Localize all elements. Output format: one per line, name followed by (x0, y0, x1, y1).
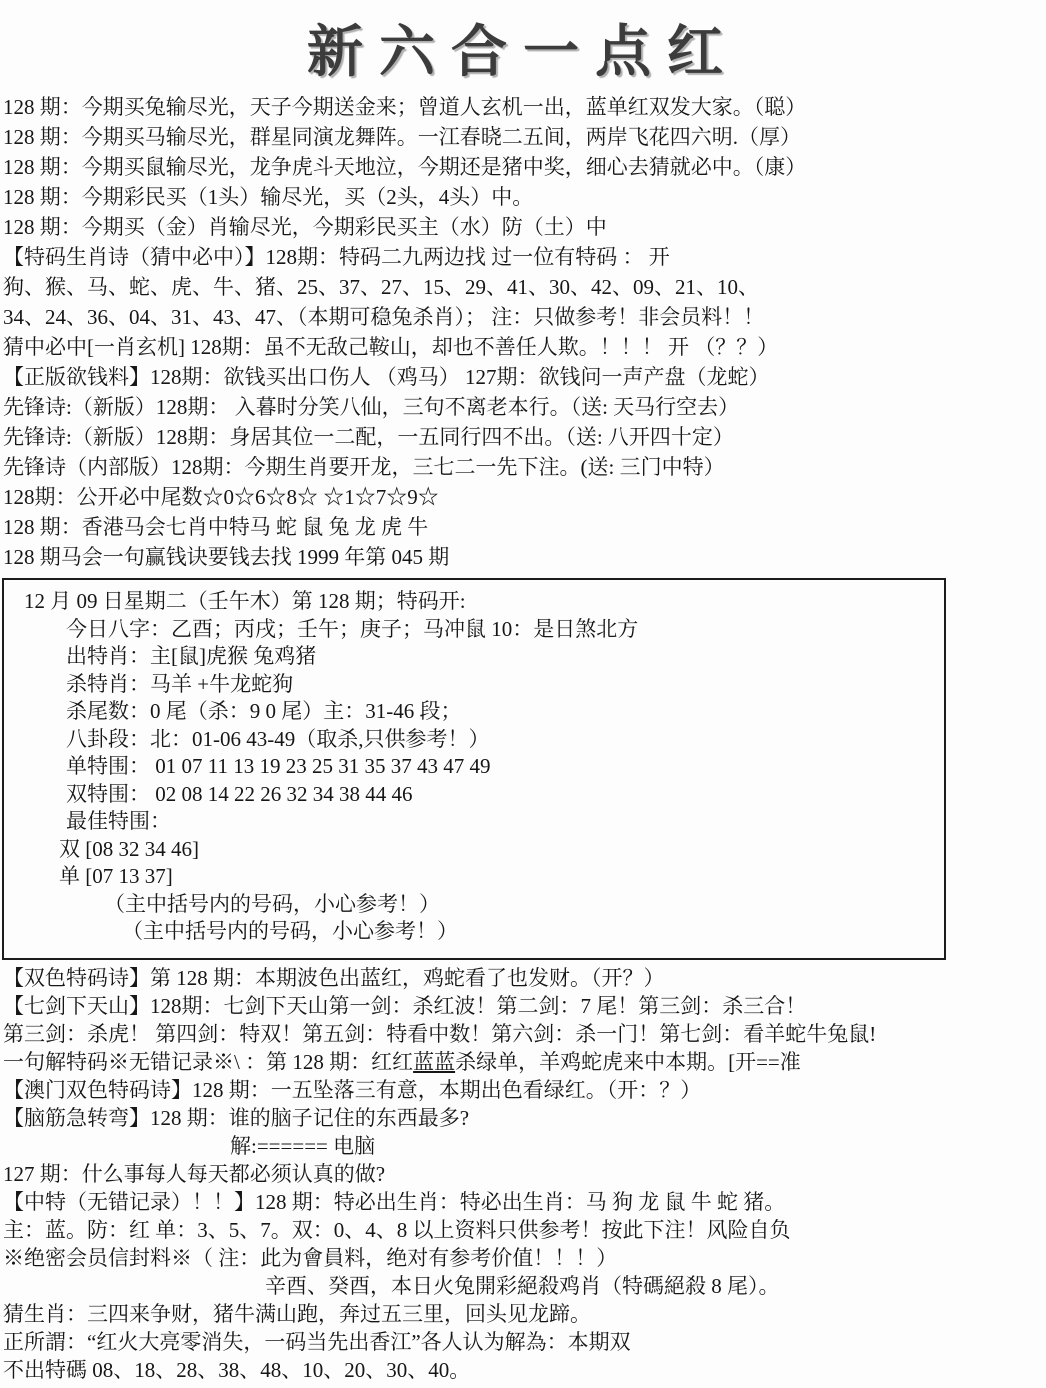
text-segment: 先锋诗（内部版）128期：今期生肖要开龙，三七二一先下注。(送: 三门中特） (3, 455, 725, 479)
text-segment: 128 期：今期买鼠输尽光，龙争虎斗天地泣，今期还是猪中奖，细心去猜就必中。（康… (3, 155, 806, 179)
text-line: 单特围： 01 07 11 13 19 23 25 31 35 37 43 47… (4, 753, 944, 781)
text-segment: 解:====== 电脑 (230, 1134, 375, 1158)
text-line: 12 月 09 日星期二（壬午木）第 128 期；特码开: (4, 588, 944, 616)
text-line: 猜生肖：三四来争财，猪牛满山跑，奔过五三里，回头见龙蹄。 (0, 1300, 1046, 1328)
text-line: 128 期：今期买（金）肖输尽光，今期彩民买主（水）防（土）中 (0, 212, 1046, 242)
text-segment: 出特肖：主[鼠]虎猴 兔鸡猪 (66, 644, 316, 668)
lottery-tip-sheet: 新六合一点红 128 期：今期买兔输尽光，天子今期送金来；曾道人玄机一出，蓝单红… (0, 0, 1046, 1388)
text-line: （主中括号内的号码，小心参考！） (4, 918, 944, 946)
text-segment: 杀绿单，羊鸡蛇虎来中本期。[开==准 (455, 1050, 801, 1074)
text-segment: 128 期：香港马会七肖中特马 蛇 鼠 兔 龙 虎 牛 (3, 515, 428, 539)
text-line: （主中括号内的号码，小心参考！） (4, 891, 944, 919)
text-segment: 主：蓝。防：红 单：3、5、7。双：0、4、8 以上资料只供参考！按此下注！风险… (3, 1218, 791, 1242)
text-segment: 【中特（无错记录）！！】128 期：特必出生肖：特必出生肖：马 狗 龙 鼠 牛 … (3, 1190, 785, 1214)
text-line: 正所謂：“红火大亮零消失，一码当先出香江”各人认为解為：本期双 (0, 1328, 1046, 1356)
page-title: 新六合一点红 (0, 0, 1046, 92)
text-segment: 杀特肖：马羊 +牛龙蛇狗 (66, 672, 293, 696)
underlined-text: 蓝蓝 (413, 1050, 455, 1074)
text-line: 先锋诗:（新版）128期：身居其位一二配，一五同行四不出。（送: 八开四十定） (0, 422, 1046, 452)
top-predictions-section: 128 期：今期买兔输尽光，天子今期送金来；曾道人玄机一出，蓝单红双发大家。（聪… (0, 92, 1046, 572)
text-line: 不出特碼 08、18、28、38、48、10、20、30、40。 (0, 1356, 1046, 1384)
text-segment: 猜生肖：三四来争财，猪牛满山跑，奔过五三里，回头见龙蹄。 (3, 1302, 591, 1326)
text-segment: （主中括号内的号码，小心参考！） (122, 919, 458, 943)
text-line: 八卦段：北：01-06 43-49（取杀,只供参考！） (4, 726, 944, 754)
text-line: 128 期马会一句赢钱诀要钱去找 1999 年第 045 期 (0, 542, 1046, 572)
text-line: 狗、猴、马、蛇、虎、牛、猪、25、37、27、15、29、41、30、42、09… (0, 272, 1046, 302)
draw-info-box: 12 月 09 日星期二（壬午木）第 128 期；特码开:今日八字：乙酉；丙戌；… (2, 578, 946, 960)
text-line: 【正版欲钱料】128期：欲钱买出口伤人 （鸡马） 127期：欲钱问一声产盘（龙蛇… (0, 362, 1046, 392)
text-line: 出特肖：主[鼠]虎猴 兔鸡猪 (4, 643, 944, 671)
text-line: 128 期：香港马会七肖中特马 蛇 鼠 兔 龙 虎 牛 (0, 512, 1046, 542)
text-segment: 单特围： 01 07 11 13 19 23 25 31 35 37 43 47… (66, 754, 490, 778)
text-segment: 128 期：今期彩民买（1头）输尽光，买（2头，4头）中。 (3, 185, 533, 209)
text-line: 先锋诗（内部版）128期：今期生肖要开龙，三七二一先下注。(送: 三门中特） (0, 452, 1046, 482)
text-segment: 第三剑：杀虎！ 第四剑：特双！第五剑：特看中数！第六剑：杀一门！第七剑：看羊蛇牛… (3, 1022, 876, 1046)
text-segment: 34、24、36、04、31、43、47、（本期可稳兔杀肖）； 注：只做参考！非… (3, 305, 764, 329)
text-line: 猜中必中[一肖玄机] 128期：虽不无敌己鞍山，却也不善任人欺。！！！ 开 （？… (0, 332, 1046, 362)
text-line: 解:====== 电脑 (0, 1132, 1046, 1160)
text-line: 128 期：今期买兔输尽光，天子今期送金来；曾道人玄机一出，蓝单红双发大家。（聪… (0, 92, 1046, 122)
text-segment: 先锋诗:（新版）128期： 入暮时分笑八仙，三句不离老本行。（送: 天马行空去） (3, 395, 739, 419)
text-segment: 辛酉、癸酉，本日火兔開彩絕殺鸡肖（特碼絕殺 8 尾）。 (265, 1274, 780, 1298)
text-line: 128 期：今期彩民买（1头）输尽光，买（2头，4头）中。 (0, 182, 1046, 212)
text-segment: 128 期：今期买马输尽光，群星同演龙舞阵。一江春晓二五间，两岸飞花四六明.（厚… (3, 125, 801, 149)
text-line: 【脑筋急转弯】128 期：谁的脑子记住的东西最多? (0, 1104, 1046, 1132)
text-segment: 127 期：什么事每人每天都必须认真的做? (3, 1162, 385, 1186)
text-segment: 【双色特码诗】第 128 期：本期波色出蓝红，鸡蛇看了也发财。（开？） (3, 966, 665, 990)
text-line: 128 期：今期买马输尽光，群星同演龙舞阵。一江春晓二五间，两岸飞花四六明.（厚… (0, 122, 1046, 152)
text-line: 主：蓝。防：红 单：3、5、7。双：0、4、8 以上资料只供参考！按此下注！风险… (0, 1216, 1046, 1244)
text-segment: 128 期：今期买（金）肖输尽光，今期彩民买主（水）防（土）中 (3, 215, 607, 239)
text-segment: 最佳特围： (66, 809, 171, 833)
text-segment: 狗、猴、马、蛇、虎、牛、猪、25、37、27、15、29、41、30、42、09… (3, 275, 759, 299)
text-line: 双 [08 32 34 46] (4, 836, 944, 864)
text-segment: 128期：公开必中尾数☆0☆6☆8☆ ☆1☆7☆9☆ (3, 485, 439, 509)
text-line: 127 期：什么事每人每天都必须认真的做? (0, 1160, 1046, 1188)
text-segment: 【七剑下天山】128期：七剑下天山第一剑：杀红波！第二剑：7 尾！第三剑：杀三合… (3, 994, 806, 1018)
text-line: 【澳门双色特码诗】128 期：一五坠落三有意，本期出色看绿红。（开：？） (0, 1076, 1046, 1104)
text-segment: 先锋诗:（新版）128期：身居其位一二配，一五同行四不出。（送: 八开四十定） (3, 425, 734, 449)
text-segment: 【特码生肖诗（猜中必中）】128期：特码二九两边找 过一位有特码 ： 开 (3, 245, 670, 269)
text-line: 最佳特围： (4, 808, 944, 836)
text-segment: 12 月 09 日星期二（壬午木）第 128 期；特码开: (24, 589, 466, 613)
text-line: 【双色特码诗】第 128 期：本期波色出蓝红，鸡蛇看了也发财。（开？） (0, 964, 1046, 992)
text-line: ※绝密会员信封料※（ 注：此为會員料，绝对有参考价值！！！） (0, 1244, 1046, 1272)
text-segment: 不出特碼 08、18、28、38、48、10、20、30、40。 (3, 1358, 470, 1382)
text-segment: 正所謂：“红火大亮零消失，一码当先出香江”各人认为解為：本期双 (3, 1330, 631, 1354)
text-line: 【七剑下天山】128期：七剑下天山第一剑：杀红波！第二剑：7 尾！第三剑：杀三合… (0, 992, 1046, 1020)
text-segment: 单 [07 13 37] (59, 864, 173, 888)
text-segment: 【脑筋急转弯】128 期：谁的脑子记住的东西最多? (3, 1106, 469, 1130)
text-segment: 双特围： 02 08 14 22 26 32 34 38 44 46 (66, 782, 413, 806)
text-line: 第三剑：杀虎！ 第四剑：特双！第五剑：特看中数！第六剑：杀一门！第七剑：看羊蛇牛… (0, 1020, 1046, 1048)
text-line: 128期：公开必中尾数☆0☆6☆8☆ ☆1☆7☆9☆ (0, 482, 1046, 512)
text-line: 今日八字：乙酉；丙戌；壬午；庚子；马冲鼠 10：是日煞北方 (4, 616, 944, 644)
text-line: 单 [07 13 37] (4, 863, 944, 891)
text-segment: 杀尾数：0 尾（杀：9 0 尾）主：31-46 段； (66, 699, 462, 723)
text-line: 杀尾数：0 尾（杀：9 0 尾）主：31-46 段； (4, 698, 944, 726)
text-line: 128 期：今期买鼠输尽光，龙争虎斗天地泣，今期还是猪中奖，细心去猜就必中。（康… (0, 152, 1046, 182)
text-segment: 一句解特码※无错记录※\ ：第 128 期：红红 (3, 1050, 413, 1074)
text-segment: 今日八字：乙酉；丙戌；壬午；庚子；马冲鼠 10：是日煞北方 (66, 617, 638, 641)
text-segment: ※绝密会员信封料※（ 注：此为會員料，绝对有参考价值！！！） (3, 1246, 617, 1270)
text-segment: 128 期马会一句赢钱诀要钱去找 1999 年第 045 期 (3, 545, 449, 569)
text-line: 先锋诗:（新版）128期： 入暮时分笑八仙，三句不离老本行。（送: 天马行空去） (0, 392, 1046, 422)
text-segment: 双 [08 32 34 46] (59, 837, 199, 861)
text-segment: 猜中必中[一肖玄机] 128期：虽不无敌己鞍山，却也不善任人欺。！！！ 开 （？… (3, 335, 778, 359)
bottom-predictions-section: 【双色特码诗】第 128 期：本期波色出蓝红，鸡蛇看了也发财。（开？）【七剑下天… (0, 964, 1046, 1384)
text-segment: （主中括号内的号码，小心参考！） (104, 892, 440, 916)
text-segment: 128 期：今期买兔输尽光，天子今期送金来；曾道人玄机一出，蓝单红双发大家。（聪… (3, 95, 806, 119)
text-line: 【特码生肖诗（猜中必中）】128期：特码二九两边找 过一位有特码 ： 开 (0, 242, 1046, 272)
text-line: 辛酉、癸酉，本日火兔開彩絕殺鸡肖（特碼絕殺 8 尾）。 (0, 1272, 1046, 1300)
text-segment: 【正版欲钱料】128期：欲钱买出口伤人 （鸡马） 127期：欲钱问一声产盘（龙蛇… (3, 365, 770, 389)
text-segment: 八卦段：北：01-06 43-49（取杀,只供参考！） (66, 727, 490, 751)
text-line: 杀特肖：马羊 +牛龙蛇狗 (4, 671, 944, 699)
text-segment: 【澳门双色特码诗】128 期：一五坠落三有意，本期出色看绿红。（开：？） (3, 1078, 701, 1102)
text-line: 双特围： 02 08 14 22 26 32 34 38 44 46 (4, 781, 944, 809)
text-line: 【中特（无错记录）！！】128 期：特必出生肖：特必出生肖：马 狗 龙 鼠 牛 … (0, 1188, 1046, 1216)
text-line: 一句解特码※无错记录※\ ：第 128 期：红红蓝蓝杀绿单，羊鸡蛇虎来中本期。[… (0, 1048, 1046, 1076)
text-line: 34、24、36、04、31、43、47、（本期可稳兔杀肖）； 注：只做参考！非… (0, 302, 1046, 332)
